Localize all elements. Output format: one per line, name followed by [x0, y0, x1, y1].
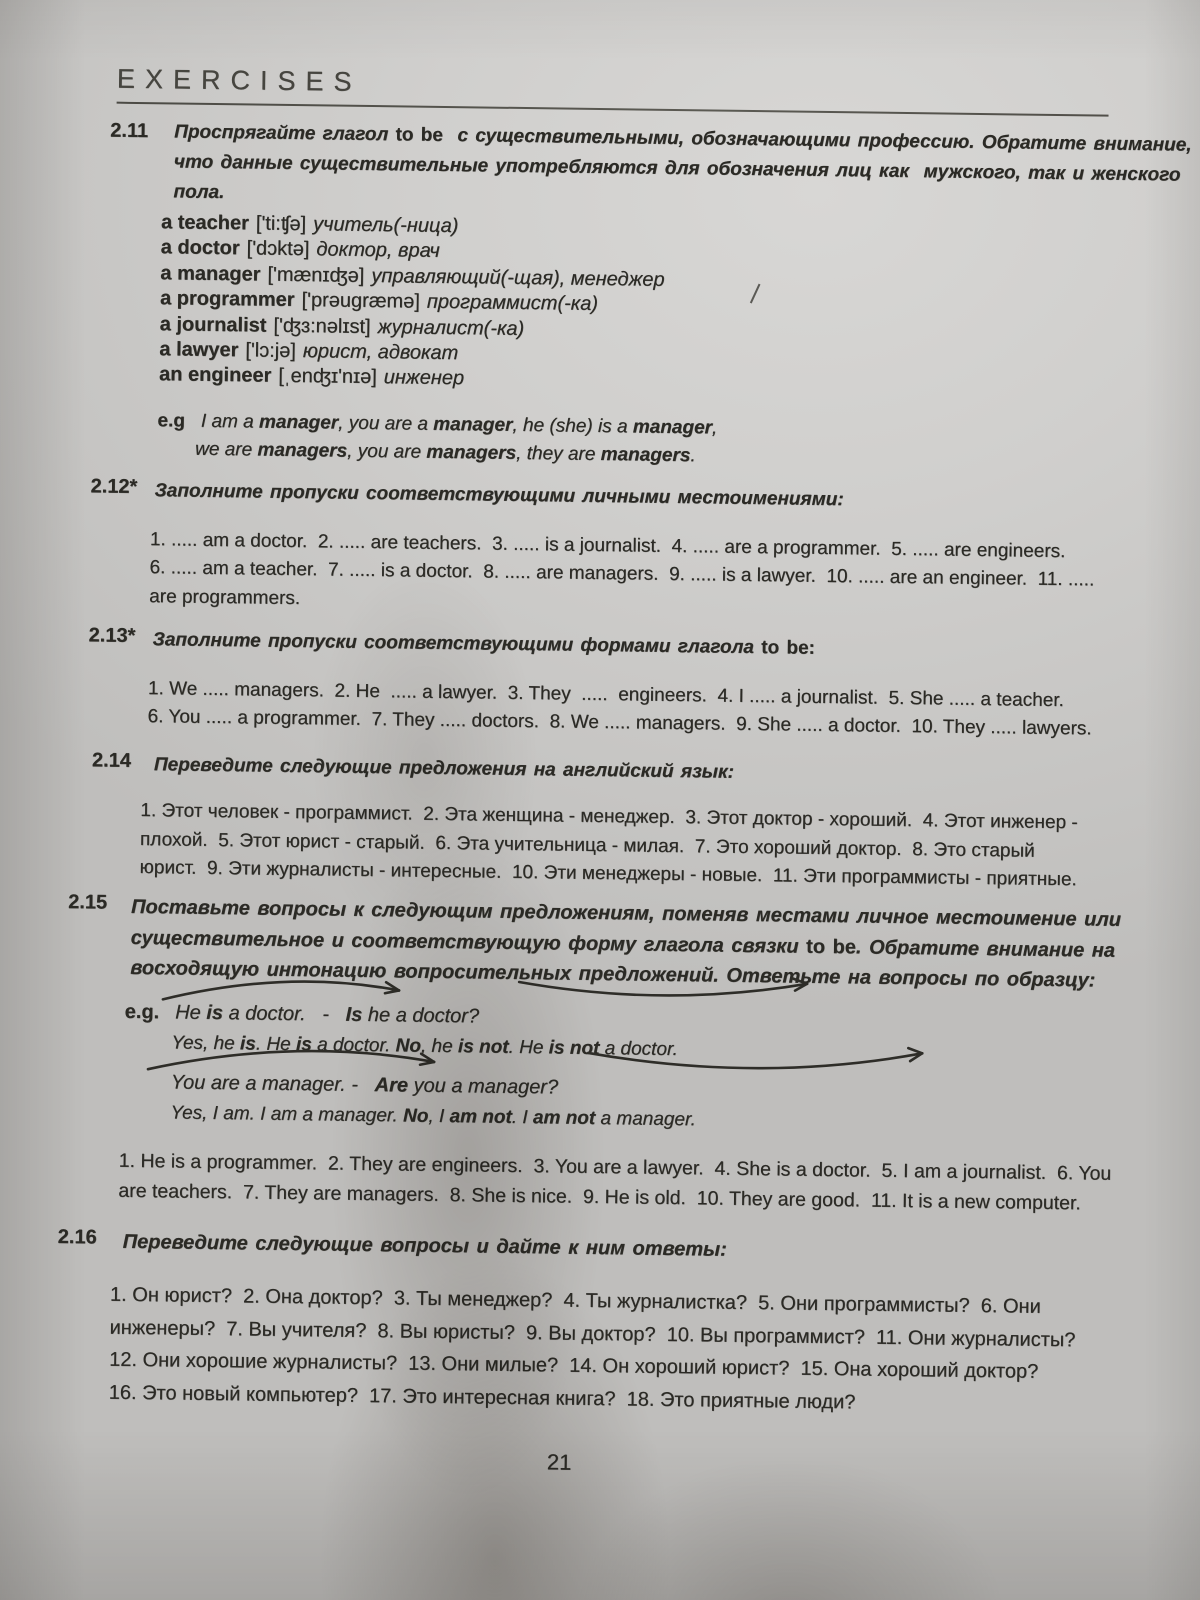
text-segment: you a manager?	[408, 1075, 558, 1099]
text-segment: , you are	[347, 440, 426, 462]
text-segment: пола.	[173, 181, 224, 203]
sentence-list: 1. We ..... managers. 2. He ..... a lawy…	[147, 675, 1092, 744]
exercise-instruction: Переведите следующие вопросы и дайте к н…	[123, 1227, 727, 1265]
instruction-line: Заполните пропуски соответствующими личн…	[154, 476, 844, 515]
exercise-instruction: Заполните пропуски соответствующими форм…	[152, 625, 815, 664]
instruction-line: Переведите следующие предложения на англ…	[154, 750, 734, 788]
exercise-number: 2.14	[92, 749, 131, 773]
text-segment: No	[403, 1106, 429, 1127]
text-segment: managers	[426, 441, 516, 463]
text-segment: . I	[512, 1107, 533, 1128]
text-segment: Переведите следующие предложения на англ…	[154, 754, 734, 783]
exercise-number: 2.11	[110, 120, 148, 143]
text-segment: , he (she) is a	[512, 415, 633, 438]
text-segment: He	[175, 1002, 206, 1024]
instruction-line: Заполните пропуски соответствующими форм…	[152, 625, 815, 664]
text-segment: Проспрягайте глагол	[174, 121, 396, 145]
text-segment: manager	[433, 414, 512, 436]
text-segment: . Обратите внимание на	[856, 936, 1115, 961]
text-segment: Переведите следующие вопросы и дайте к н…	[123, 1231, 727, 1261]
vocab-russian: учитель(-ница)	[313, 213, 459, 237]
text-segment: a doctor. -	[223, 1002, 346, 1026]
vocab-english: an engineer	[159, 364, 272, 387]
vocab-russian: юрист, адвокат	[303, 340, 459, 364]
vocab-russian: управляющий(-щая), менеджер	[371, 265, 665, 291]
vocab-row: an engineer[ˌenʤɪ'nɪə]инженер	[159, 363, 663, 395]
vocab-transcription: ['ti:ʧə]	[256, 213, 306, 236]
vocab-transcription: ['ʤɜ:nəlɪst]	[273, 314, 370, 337]
instruction-line: Переведите следующие вопросы и дайте к н…	[123, 1227, 727, 1265]
vocab-transcription: [ˌenʤɪ'nɪə]	[278, 365, 377, 388]
exercise-number: 2.13*	[88, 624, 135, 648]
text-segment: I am a	[201, 411, 259, 433]
text-segment: Заполните пропуски соответствующими личн…	[154, 480, 843, 510]
exercise-instruction: Переведите следующие предложения на англ…	[154, 750, 734, 788]
sentence-list: 1. Он юрист? 2. Она доктор? 3. Ты менедж…	[109, 1279, 1076, 1422]
textbook-page: EXERCISES 2.11 Проспрягайте глагол to be…	[0, 0, 1200, 1600]
text-segment: am not	[533, 1107, 596, 1129]
vocab-transcription: ['lɔ:jə]	[245, 339, 296, 362]
text-segment: Заполните пропуски соответствующими форм…	[152, 629, 761, 658]
text-segment: he a doctor?	[362, 1004, 479, 1028]
vocab-transcription: ['mænɪʤə]	[267, 263, 364, 286]
text-segment: с существительными, обозначающими профес…	[443, 125, 1192, 156]
exercise-instruction: Проспрягайте глагол to be с существитель…	[173, 117, 1192, 220]
example-text: I am a manager, you are a manager, he (s…	[201, 411, 718, 439]
vocab-russian: доктор, врач	[316, 239, 440, 263]
text-segment: manager	[259, 412, 338, 434]
text-segment: to be:	[761, 637, 815, 659]
text-segment: am not	[449, 1106, 512, 1128]
vocab-english: a programmer	[160, 287, 295, 311]
text-segment: ,	[712, 418, 718, 439]
text-segment: существительное и соответствующую форму …	[131, 926, 807, 957]
text-segment: , they are	[516, 442, 601, 464]
exercise-instruction: Заполните пропуски соответствующими личн…	[154, 476, 844, 515]
example-question: You are a manager. - Are you a manager?	[171, 1071, 559, 1099]
example-label: e.g.	[125, 1001, 160, 1023]
text-segment: to be	[806, 935, 856, 958]
text-segment: , I	[428, 1106, 449, 1127]
text-segment: a manager.	[595, 1108, 696, 1130]
text-segment: managers	[257, 439, 347, 461]
text-segment: Yes, I am. I am a manager.	[170, 1102, 403, 1126]
vocab-english: a teacher	[161, 211, 249, 234]
vocab-russian: программист(-ка)	[427, 291, 598, 315]
example-answer: Yes, I am. I am a manager. No, I am not.…	[170, 1102, 696, 1131]
text-segment: Is	[345, 1004, 362, 1026]
page-number: 21	[547, 1449, 572, 1475]
text-segment: . He	[508, 1037, 548, 1059]
text-segment: managers	[601, 444, 691, 466]
text-segment: we are	[195, 438, 258, 460]
text-segment: , you are a	[338, 413, 433, 435]
vocabulary-list: a teacher['ti:ʧə]учитель(-ница) a doctor…	[159, 210, 665, 394]
page-title: EXERCISES	[117, 64, 362, 98]
vocab-english: a lawyer	[159, 338, 238, 361]
example-line: e.g.He is a doctor. - Is he a doctor?	[125, 1001, 480, 1029]
text-segment: .	[690, 445, 696, 466]
text-segment: You are a manager. -	[171, 1071, 375, 1096]
example-question: He is a doctor. - Is he a doctor?	[175, 1002, 479, 1028]
vocab-english: a manager	[160, 262, 260, 285]
vocab-russian: инженер	[384, 367, 465, 390]
text-segment: to be	[395, 124, 443, 146]
exercise-number: 2.16	[58, 1226, 97, 1250]
text-segment: is not	[458, 1036, 509, 1058]
text-segment: manager	[633, 416, 712, 438]
vocab-english: a doctor	[161, 237, 240, 260]
stray-pen-mark	[750, 284, 761, 304]
sentence-list: 1. Этот человек - программист. 2. Эта же…	[139, 797, 1077, 895]
vocab-english: a journalist	[160, 313, 267, 336]
example-label: e.g	[157, 410, 185, 431]
vocab-transcription: ['prəugræmə]	[301, 289, 420, 313]
rising-intonation-arrow-icon	[515, 972, 820, 1010]
exercise-number: 2.15	[68, 891, 107, 915]
text-segment: Are	[374, 1074, 408, 1096]
vocab-russian: журналист(-ка)	[377, 316, 524, 340]
header-rule	[117, 102, 1109, 117]
rising-intonation-arrow-icon	[584, 1041, 936, 1084]
example-block: e.gI am a manager, you are a manager, he…	[157, 407, 718, 469]
sentence-list: 1. ..... am a doctor. 2. ..... are teach…	[149, 526, 1095, 623]
sentence-list: 1. He is a programmer. 2. They are engin…	[118, 1146, 1111, 1219]
exercise-number: 2.12*	[90, 475, 137, 499]
photo-background: EXERCISES 2.11 Проспрягайте глагол to be…	[0, 0, 1200, 1600]
text-segment: is	[206, 1002, 223, 1024]
vocab-transcription: ['dɔktə]	[246, 238, 309, 261]
